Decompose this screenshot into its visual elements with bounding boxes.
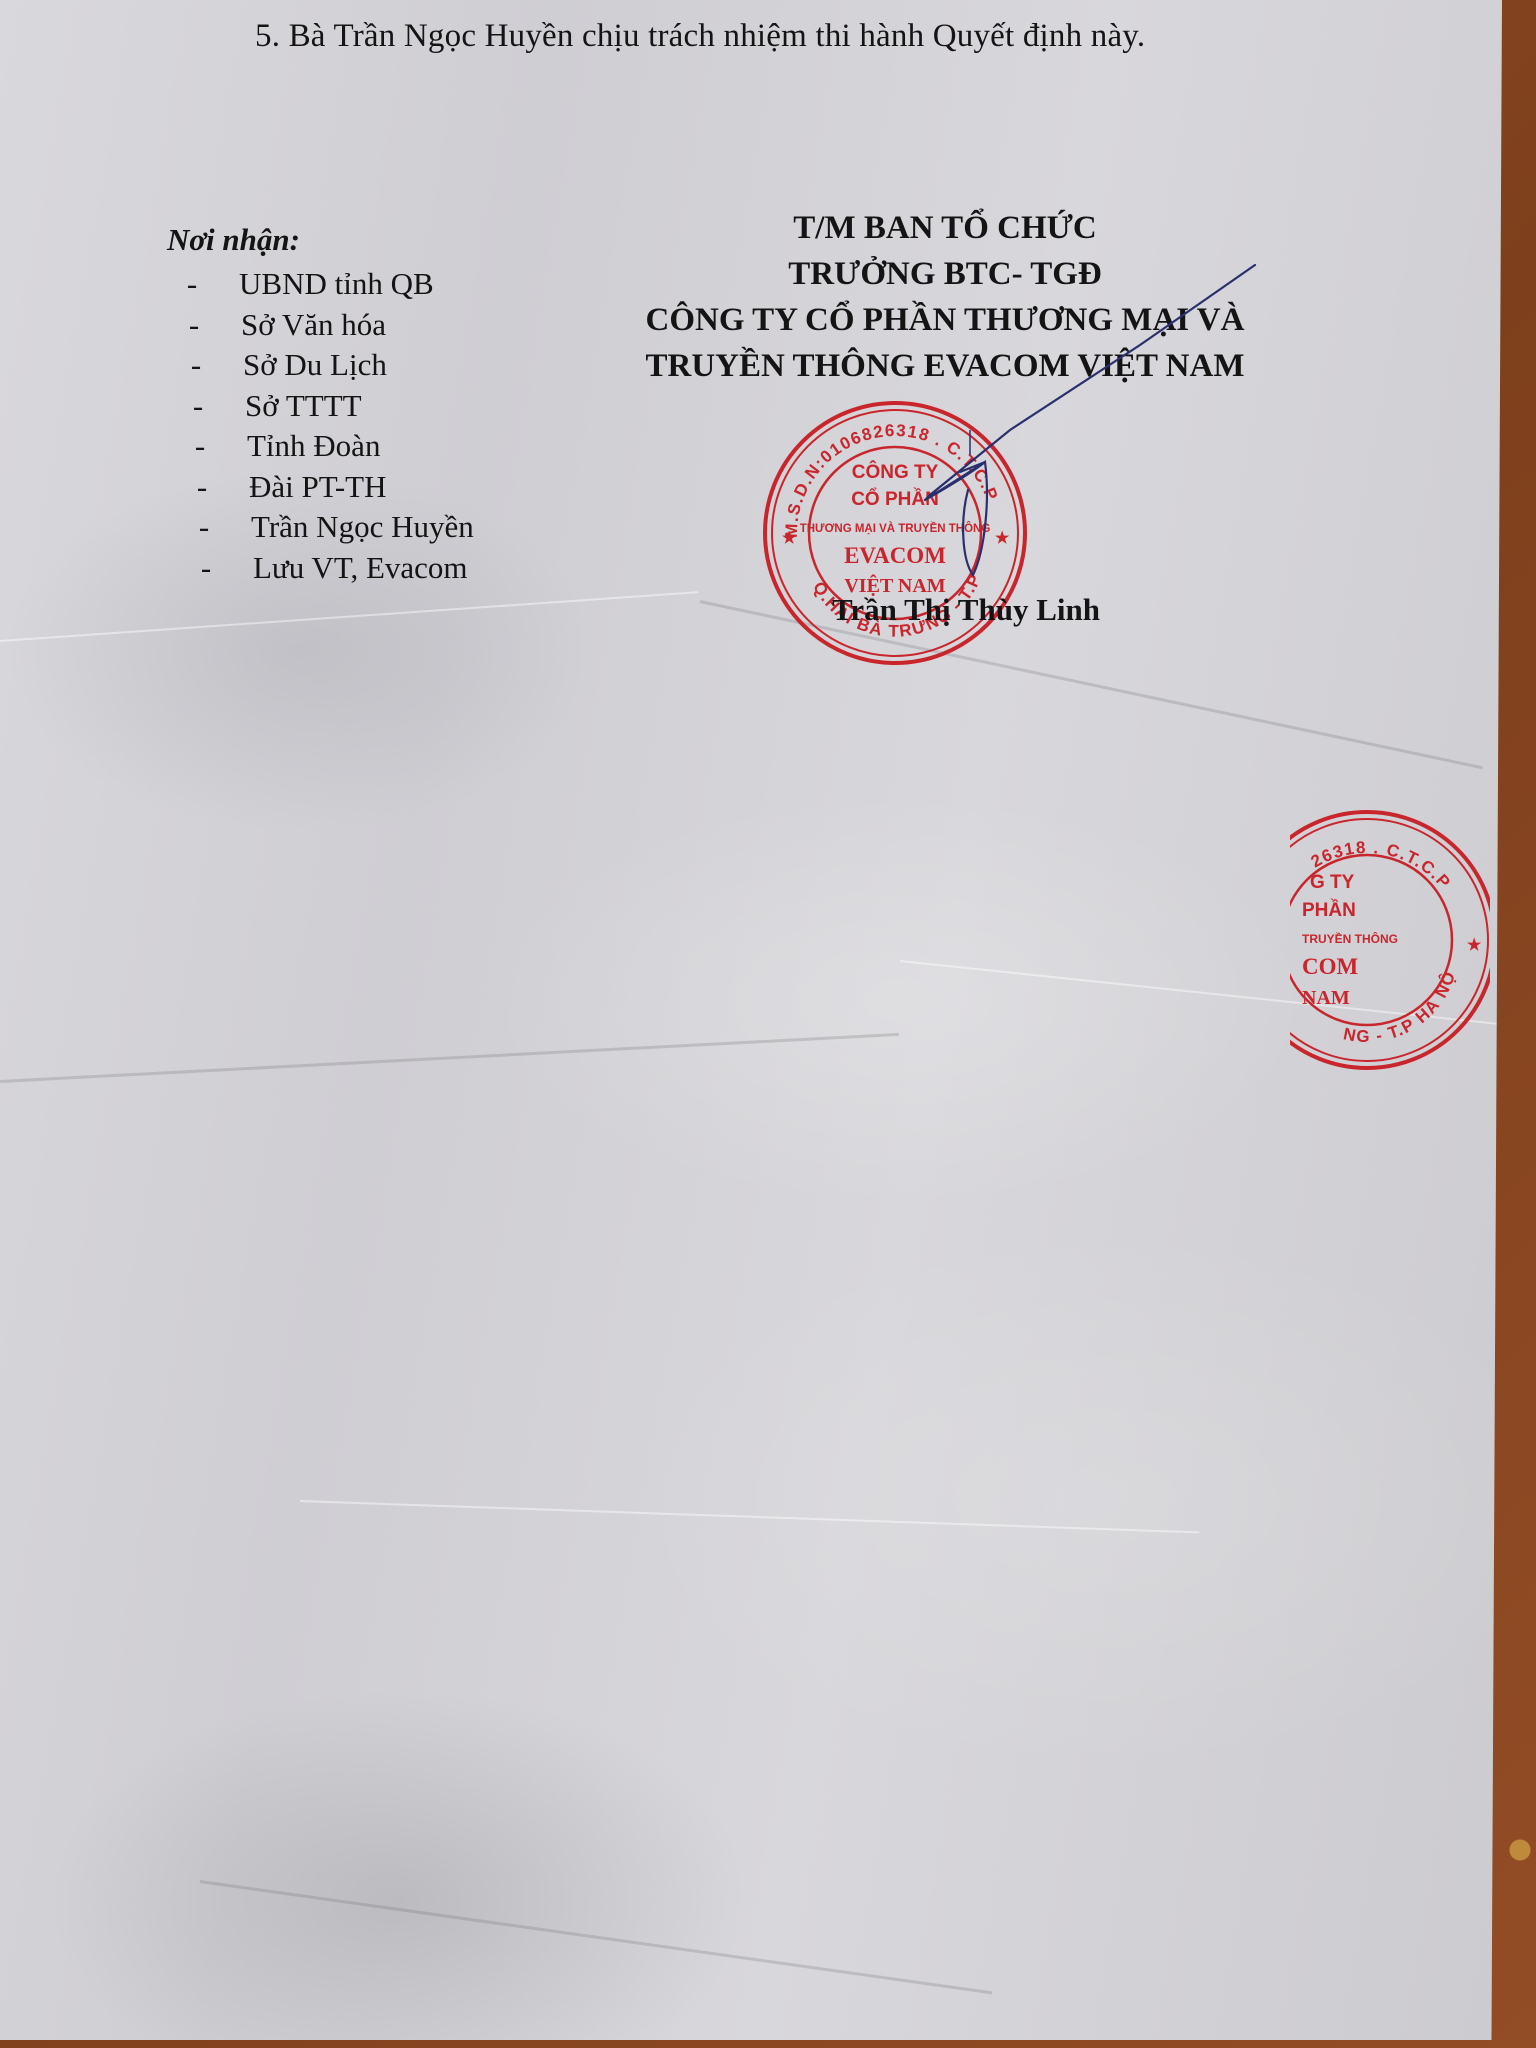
paper-crease xyxy=(300,1500,1200,1533)
signature-block: T/M BAN TỔ CHỨC TRƯỞNG BTC- TGĐ CÔNG TY … xyxy=(620,205,1270,389)
recipient-item: -Trần Ngọc Huyền xyxy=(179,507,474,548)
signature-line-2: TRƯỞNG BTC- TGĐ xyxy=(620,251,1270,297)
recipient-item: -UBND tỉnh QB xyxy=(167,264,474,305)
recipient-item: -Sở Du Lịch xyxy=(171,345,474,386)
svg-text:G TY: G TY xyxy=(1310,872,1355,893)
recipient-item: -Lưu VT, Evacom xyxy=(181,548,474,589)
signature-line-3: CÔNG TY CỔ PHẦN THƯƠNG MẠI VÀ xyxy=(620,297,1270,343)
svg-text:★: ★ xyxy=(995,530,1010,547)
svg-text:NG - T.P HÀ NỘI: NG - T.P HÀ NỘI xyxy=(1290,800,1459,1046)
recipients-title: Nơi nhận: xyxy=(167,222,474,258)
recipient-item: -Đài PT-TH xyxy=(177,467,474,508)
svg-text:NAM: NAM xyxy=(1302,987,1350,1009)
signer-name: Trần Thị Thùy Linh xyxy=(832,592,1100,628)
svg-text:TRUYỀN THÔNG: TRUYỀN THÔNG xyxy=(1302,931,1398,946)
svg-text:EVACOM: EVACOM xyxy=(844,543,946,568)
paper-crease xyxy=(200,1880,993,1994)
partial-company-seal: 26318 . C.T.C.P NG - T.P HÀ NỘI ★ G TY P… xyxy=(1290,800,1490,1080)
svg-text:PHẦN: PHẦN xyxy=(1302,899,1356,921)
svg-text:CỔ PHẦN: CỔ PHẦN xyxy=(851,488,939,510)
recipients-section: Nơi nhận: -UBND tỉnh QB -Sở Văn hóa -Sở … xyxy=(167,222,474,588)
signature-line-1: T/M BAN TỔ CHỨC xyxy=(620,205,1270,251)
recipient-item: -Sở TTTT xyxy=(173,386,474,427)
svg-text:COM: COM xyxy=(1302,954,1359,979)
svg-text:★: ★ xyxy=(782,530,797,547)
document-page: 5. Bà Trần Ngọc Huyền chịu trách nhiệm t… xyxy=(0,0,1502,2040)
svg-text:THƯƠNG MẠI VÀ TRUYỀN THÔNG: THƯƠNG MẠI VÀ TRUYỀN THÔNG xyxy=(800,522,991,535)
recipient-item: -Tỉnh Đoàn xyxy=(175,426,474,467)
paper-crease xyxy=(0,591,698,642)
svg-text:★: ★ xyxy=(1467,937,1482,954)
recipient-item: -Sở Văn hóa xyxy=(169,305,474,346)
paper-crease xyxy=(0,1033,899,1083)
clause-5-text: 5. Bà Trần Ngọc Huyền chịu trách nhiệm t… xyxy=(255,18,1145,55)
svg-text:CÔNG TY: CÔNG TY xyxy=(852,461,939,483)
recipients-list: -UBND tỉnh QB -Sở Văn hóa -Sở Du Lịch -S… xyxy=(167,264,474,588)
signature-line-4: TRUYỀN THÔNG EVACOM VIỆT NAM xyxy=(620,343,1270,389)
